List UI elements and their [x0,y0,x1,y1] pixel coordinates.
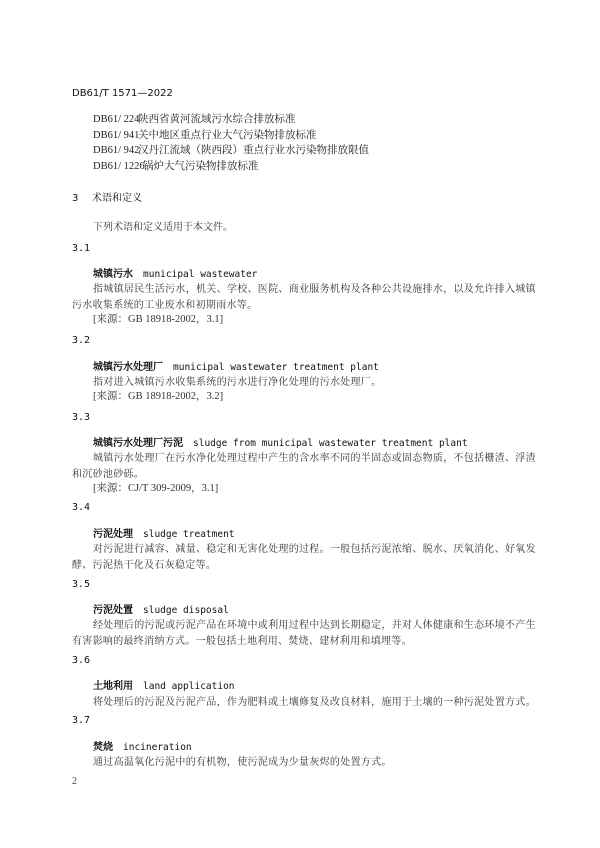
term-en: incineration [123,742,192,753]
definition-line: 通过高温氧化污泥中的有机物，使污泥成为少量灰烬的处置方式。 [93,753,392,768]
term-heading: 城镇污水处理厂municipal wastewater treatment pl… [93,358,379,373]
document-id-header: DB61/T 1571—2022 [72,88,173,99]
reference-row: DB61/ 942汉丹江流域（陕西段）重点行业水污染物排放限值 [93,142,369,157]
term-zh: 城镇污水处理厂 [93,362,163,373]
section-title: 术语和定义 [92,193,142,204]
reference-title: 关中地区重点行业大气污染物排放标准 [138,130,317,141]
term-zh: 土地利用 [93,681,133,692]
term-zh: 城镇污水处理厂污泥 [93,438,183,449]
reference-title: 锅炉大气污染物排放标准 [143,161,259,172]
definition-line: 指对进入城镇污水收集系统的污水进行净化处理的污水处理厂。 [93,373,381,388]
reference-code: DB61/ 941 [93,130,138,141]
reference-code: DB61/ 1226 [93,161,143,172]
reference-code: DB61/ 942 [93,145,138,156]
reference-row: DB61/ 224陕西省黄河流域污水综合排放标准 [93,111,296,126]
section-number: 3 [72,193,92,204]
term-zh: 污泥处置 [93,605,133,616]
reference-code: DB61/ 224 [93,114,138,125]
definition-line: 酵、污泥热干化及石灰稳定等。 [72,556,216,571]
term-en: municipal wastewater [143,269,257,280]
reference-title: 陕西省黄河流域污水综合排放标准 [138,114,296,125]
clause-number: 3.4 [72,502,90,513]
reference-row: DB61/ 1226锅炉大气污染物排放标准 [93,158,259,173]
definition-line: 将处理后的污泥及污泥产品，作为肥料或土壤修复及改良材料，施用于土壤的一种污泥处置… [93,693,536,708]
term-zh: 污泥处理 [93,529,133,540]
term-heading: 城镇污水municipal wastewater [93,265,257,280]
definition-line: 对污泥进行减容、减量、稳定和无害化处理的过程。一般包括污泥浓缩、脱水、厌氧消化、… [93,540,536,555]
section-heading: 3术语和定义 [72,189,142,204]
clause-number: 3.2 [72,335,90,346]
source-citation: [来源：CJ/T 309-2009，3.1] [93,480,218,495]
reference-row: DB61/ 941关中地区重点行业大气污染物排放标准 [93,127,317,142]
term-en: sludge disposal [143,605,229,616]
clause-number: 3.1 [72,243,90,254]
term-zh: 城镇污水 [93,269,133,280]
definition-line: 有害影响的最终消纳方式。一般包括土地利用、焚烧、建材利用和填埋等。 [72,632,412,647]
term-en: land application [143,681,235,692]
source-citation: [来源：GB 18918-2002，3.1] [93,311,223,326]
clause-number: 3.5 [72,579,90,590]
definition-line: 和沉砂池砂砾。 [72,465,144,480]
section-intro: 下列术语和定义适用于本文件。 [93,218,233,233]
term-heading: 污泥处置sludge disposal [93,601,229,616]
term-en: sludge from municipal wastewater treatme… [193,438,468,449]
definition-line: 经处理后的污泥或污泥产品在环境中或利用过程中达到长期稳定，并对人体健康和生态环境… [93,616,536,631]
term-en: sludge treatment [143,529,235,540]
definition-line: 城镇污水处理厂在污水净化处理过程中产生的含水率不同的半固态或固态物质，不包括栅渣… [93,449,536,464]
term-heading: 焚烧incineration [93,738,192,753]
term-en: municipal wastewater treatment plant [173,362,379,373]
term-heading: 土地利用land application [93,677,235,692]
term-heading: 城镇污水处理厂污泥sludge from municipal wastewate… [93,434,468,449]
page-number: 2 [72,776,77,787]
definition-line: 污水收集系统的工业废水和初期雨水等。 [72,296,257,311]
term-heading: 污泥处理sludge treatment [93,525,235,540]
reference-title: 汉丹江流域（陕西段）重点行业水污染物排放限值 [138,145,369,156]
term-zh: 焚烧 [93,742,113,753]
clause-number: 3.3 [72,412,90,423]
clause-number: 3.7 [72,715,90,726]
source-citation: [来源：GB 18918-2002，3.2] [93,388,223,403]
clause-number: 3.6 [72,655,90,666]
definition-line: 指城镇居民生活污水，机关、学校、医院、商业服务机构及各种公共设施排水，以及允许排… [93,280,536,295]
